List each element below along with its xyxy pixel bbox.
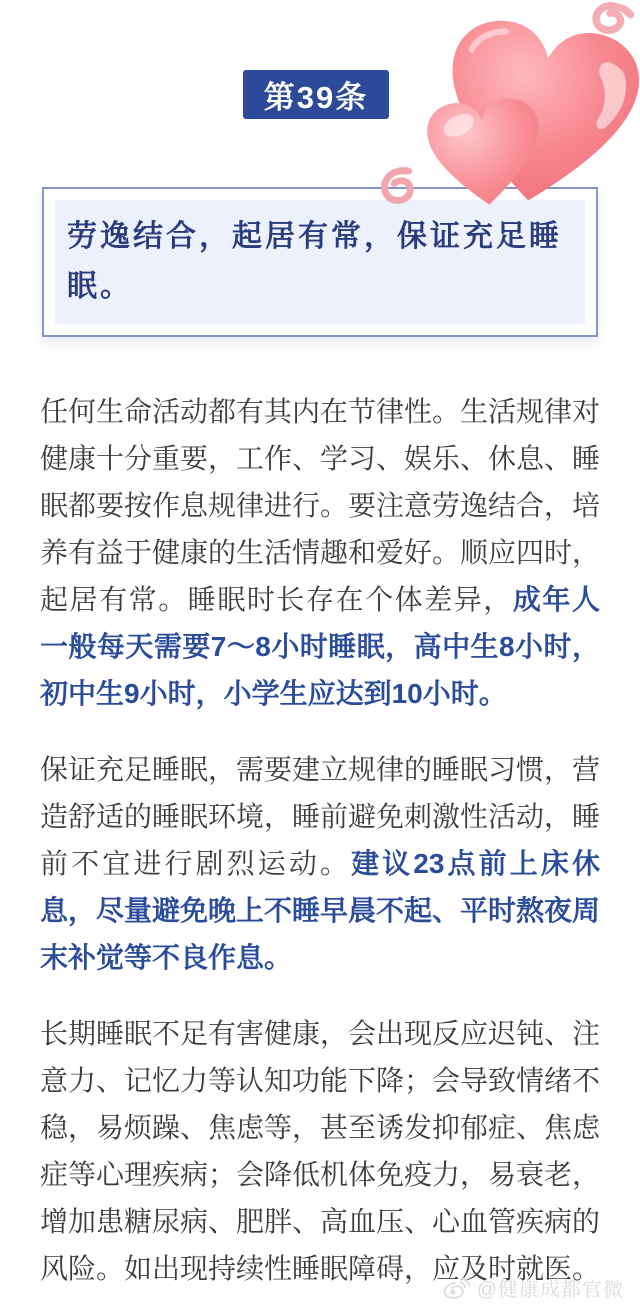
- article-body: 任何生命活动都有其内在节律性。生活规律对健康十分重要，工作、学习、娱乐、休息、睡…: [40, 388, 600, 1292]
- paragraph-rhythm-text: 任何生命活动都有其内在节律性。生活规律对健康十分重要，工作、学习、娱乐、休息、睡…: [40, 396, 600, 615]
- spiral-icon: [578, 0, 639, 58]
- health-tips-card: 第39条: [0, 0, 640, 1312]
- headline-text: 劳逸结合，起居有常，保证充足睡眠。: [55, 200, 585, 324]
- watermark: @健康成都官微: [443, 1273, 624, 1302]
- paragraph-risks-text: 长期睡眠不足有害健康，会出现反应迟钝、注意力、记忆力等认知功能下降；会导致情绪不…: [40, 1018, 600, 1284]
- headline-box: 劳逸结合，起居有常，保证充足睡眠。: [42, 187, 598, 337]
- paragraph-habits: 保证充足睡眠，需要建立规律的睡眠习惯，营造舒适的睡眠环境，睡前避免刺激性活动，睡…: [40, 746, 600, 981]
- weibo-icon: [443, 1276, 471, 1300]
- article-number-badge: 第39条: [243, 70, 389, 119]
- watermark-text: @健康成都官微: [477, 1273, 624, 1302]
- paragraph-risks: 长期睡眠不足有害健康，会出现反应迟钝、注意力、记忆力等认知功能下降；会导致情绪不…: [40, 1010, 600, 1292]
- paragraph-rhythm: 任何生命活动都有其内在节律性。生活规律对健康十分重要，工作、学习、娱乐、休息、睡…: [40, 388, 600, 717]
